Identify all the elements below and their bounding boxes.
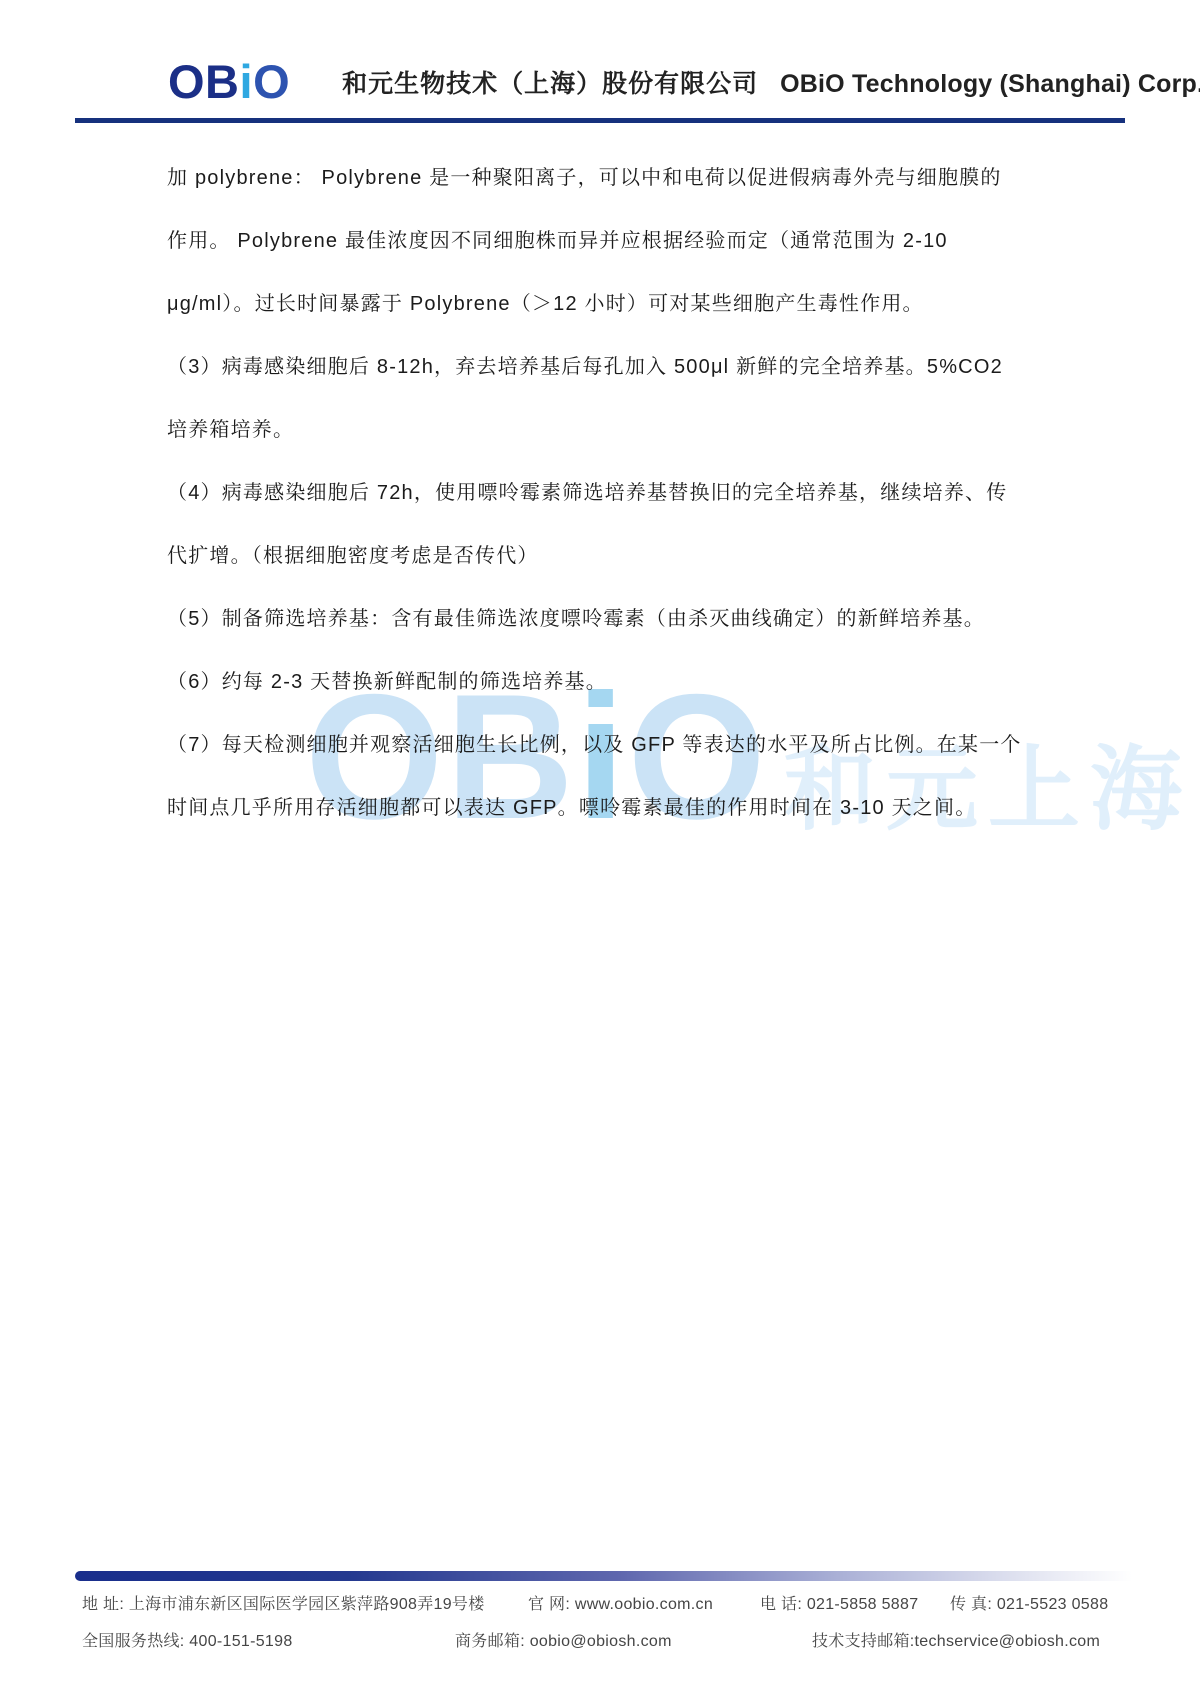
footer-business-email: 商务邮箱: oobio@obiosh.com [455,1628,672,1651]
footer-fax: 传 真: 021-5523 0588 [950,1591,1108,1614]
body-line: （3）病毒感染细胞后 8-12h，弃去培养基后每孔加入 500μl 新鲜的完全培… [167,336,1023,399]
company-name-english: OBiO Technology (Shanghai) Corp.,Ltd. [780,70,1200,99]
footer: 地 址: 上海市浦东新区国际医学园区紫萍路908弄19号楼 官 网: www.o… [82,1591,1122,1665]
footer-divider-bar [75,1571,1165,1581]
footer-phone: 电 话: 021-5858 5887 [760,1591,918,1614]
body-line: （4）病毒感染细胞后 72h，使用嘌呤霉素筛选培养基替换旧的完全培养基，继续培养… [167,462,1023,525]
logo-i: i [240,55,254,108]
body-line: 时间点几乎所用存活细胞都可以表达 GFP。嘌呤霉素最佳的作用时间在 3-10 天… [167,777,1023,840]
body-line: （6）约每 2-3 天替换新鲜配制的筛选培养基。 [167,651,1023,714]
body-line: 加 polybrene： Polybrene 是一种聚阳离子，可以中和电荷以促进… [167,147,1023,210]
logo-o: O [253,55,290,108]
footer-address: 地 址: 上海市浦东新区国际医学园区紫萍路908弄19号楼 [82,1591,485,1614]
header: OBiO 和元生物技术（上海）股份有限公司 OBiO Technology (S… [168,58,1200,105]
footer-row-2: 全国服务热线: 400-151-5198 商务邮箱: oobio@obiosh.… [82,1628,1122,1665]
body-line: μg/ml）。过长时间暴露于 Polybrene（＞12 小时）可对某些细胞产生… [167,273,1023,336]
company-name-chinese: 和元生物技术（上海）股份有限公司 [342,64,758,100]
document-body: 加 polybrene： Polybrene 是一种聚阳离子，可以中和电荷以促进… [167,147,1023,840]
company-names: 和元生物技术（上海）股份有限公司 OBiO Technology (Shangh… [342,64,1200,100]
body-line: 作用。 Polybrene 最佳浓度因不同细胞株而异并应根据经验而定（通常范围为… [167,210,1023,273]
footer-row-1: 地 址: 上海市浦东新区国际医学园区紫萍路908弄19号楼 官 网: www.o… [82,1591,1122,1628]
body-line: （7）每天检测细胞并观察活细胞生长比例，以及 GFP 等表达的水平及所占比例。在… [167,714,1023,777]
body-line: （5）制备筛选培养基：含有最佳筛选浓度嘌呤霉素（由杀灭曲线确定）的新鲜培养基。 [167,588,1023,651]
body-line: 代扩增。（根据细胞密度考虑是否传代） [167,525,1023,588]
footer-hotline: 全国服务热线: 400-151-5198 [82,1628,293,1651]
body-line: 培养箱培养。 [167,399,1023,462]
header-divider-rule [75,118,1125,123]
logo-ob: OB [168,55,240,108]
footer-tech-support-email: 技术支持邮箱:techservice@obiosh.com [812,1628,1100,1651]
obio-logo: OBiO [168,58,290,105]
footer-website: 官 网: www.oobio.com.cn [528,1591,713,1614]
document-page: OBiO 和元生物技术（上海）股份有限公司 OBiO Technology (S… [0,0,1200,1697]
